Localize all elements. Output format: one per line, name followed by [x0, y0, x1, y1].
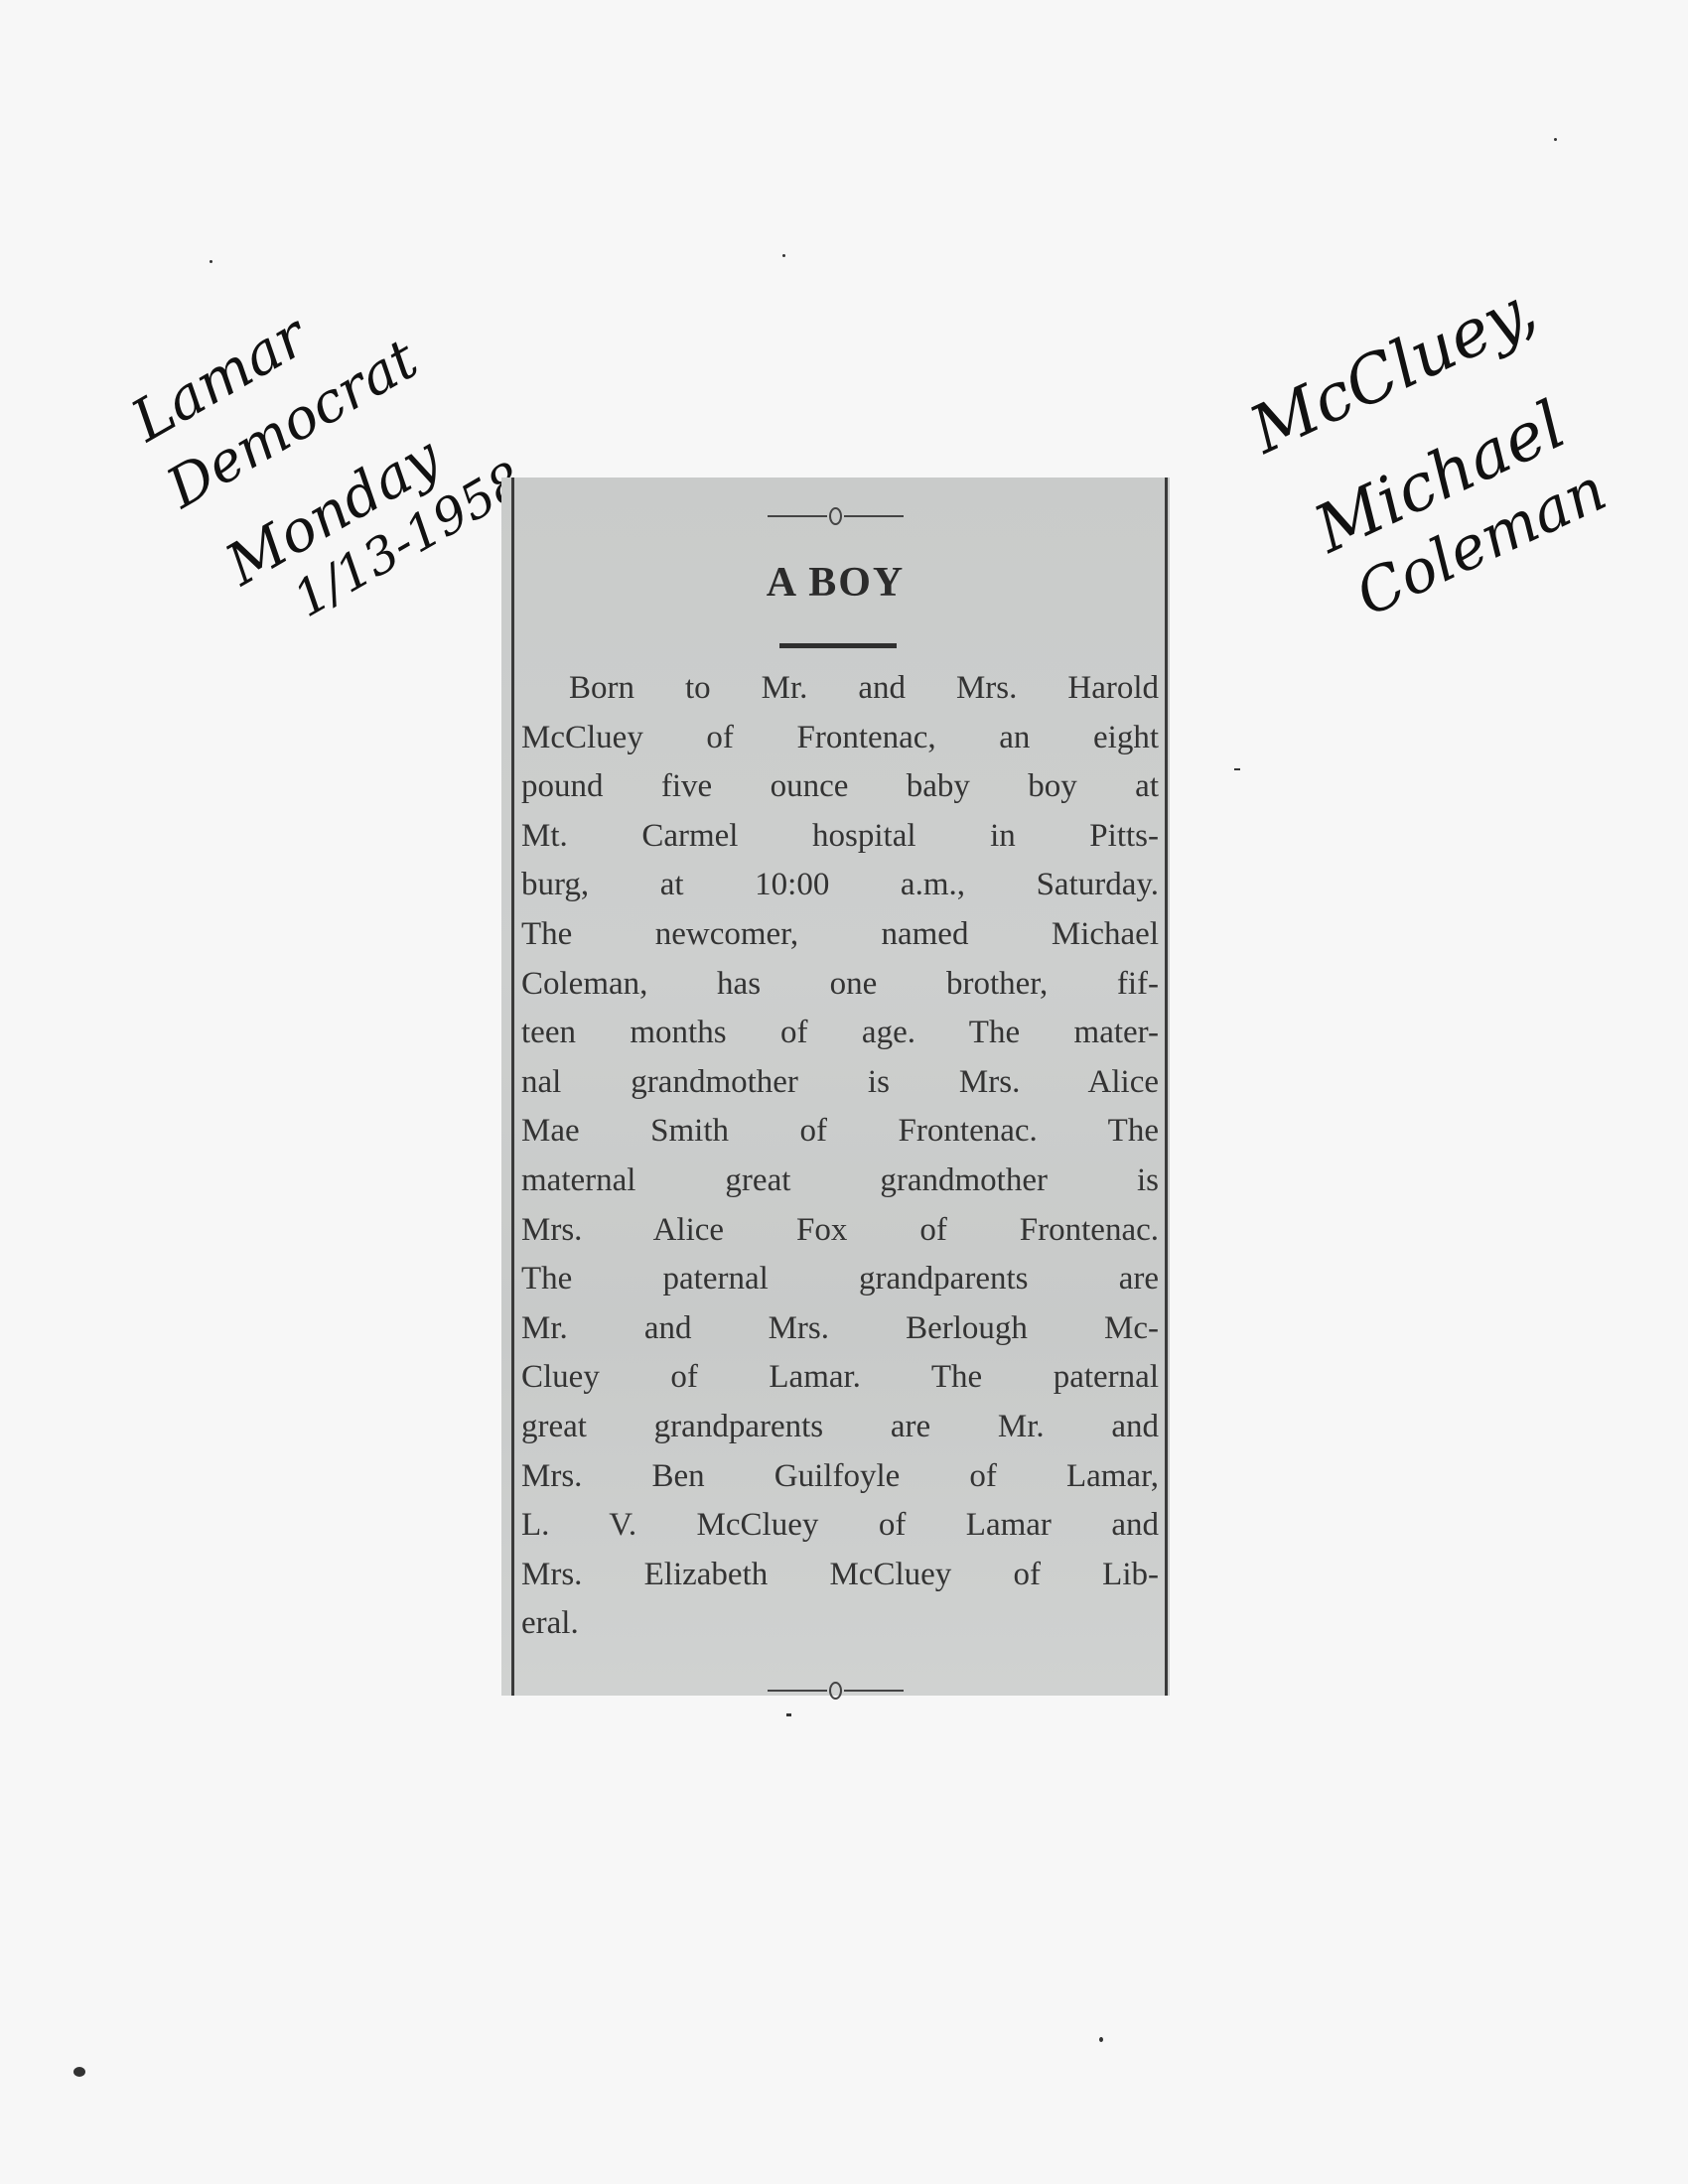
- scan-speck: [782, 254, 785, 257]
- scan-speck: [1234, 768, 1240, 770]
- article-headline: A BOY: [501, 559, 1170, 607]
- column-rule-left: [511, 478, 514, 1696]
- headline-rule: [779, 643, 897, 648]
- body-line: Mrs. Ben Guilfoyle of Lamar,: [521, 1452, 1159, 1502]
- scan-speck: [1554, 138, 1557, 141]
- article-body: Born to Mr. and Mrs. Harold McCluey of F…: [521, 664, 1159, 1649]
- body-line: Born to Mr. and Mrs. Harold: [521, 664, 1159, 714]
- handwritten-source-note: Lamar Democrat Monday 1/13-1958: [149, 328, 506, 615]
- handwritten-subject-note: McCluey, Michael Coleman: [1261, 248, 1638, 615]
- body-line: Mrs. Elizabeth McCluey of Lib-: [521, 1551, 1159, 1600]
- body-line: eral.: [521, 1599, 1159, 1649]
- newspaper-clipping: A BOY Born to Mr. and Mrs. Harold McClue…: [501, 478, 1170, 1696]
- ornament-divider-top: [501, 506, 1170, 526]
- body-line: Mr. and Mrs. Berlough Mc-: [521, 1304, 1159, 1354]
- body-line: The newcomer, named Michael: [521, 910, 1159, 960]
- body-line: Mt. Carmel hospital in Pitts-: [521, 812, 1159, 862]
- scan-speck: [210, 260, 212, 263]
- ornament-circle-icon: [829, 1682, 842, 1700]
- body-line: McCluey of Frontenac, an eight: [521, 714, 1159, 763]
- body-line: Cluey of Lamar. The paternal: [521, 1353, 1159, 1403]
- body-line: Mrs. Alice Fox of Frontenac.: [521, 1206, 1159, 1256]
- ornament-circle-icon: [829, 507, 842, 525]
- body-line: The paternal grandparents are: [521, 1255, 1159, 1304]
- body-line: burg, at 10:00 a.m., Saturday.: [521, 861, 1159, 910]
- scan-speck: [786, 1713, 791, 1716]
- body-line: maternal great grandmother is: [521, 1157, 1159, 1206]
- scan-speck: [1099, 2037, 1103, 2042]
- body-line: Coleman, has one brother, fif-: [521, 960, 1159, 1010]
- scan-speck: [73, 2067, 85, 2077]
- body-line: Mae Smith of Frontenac. The: [521, 1107, 1159, 1157]
- column-rule-right: [1165, 478, 1168, 1696]
- ornament-divider-bottom: [501, 1681, 1170, 1701]
- body-line: teen months of age. The mater-: [521, 1009, 1159, 1058]
- body-line: nal grandmother is Mrs. Alice: [521, 1058, 1159, 1108]
- body-line: L. V. McCluey of Lamar and: [521, 1501, 1159, 1551]
- body-line: great grandparents are Mr. and: [521, 1403, 1159, 1452]
- body-line: pound five ounce baby boy at: [521, 762, 1159, 812]
